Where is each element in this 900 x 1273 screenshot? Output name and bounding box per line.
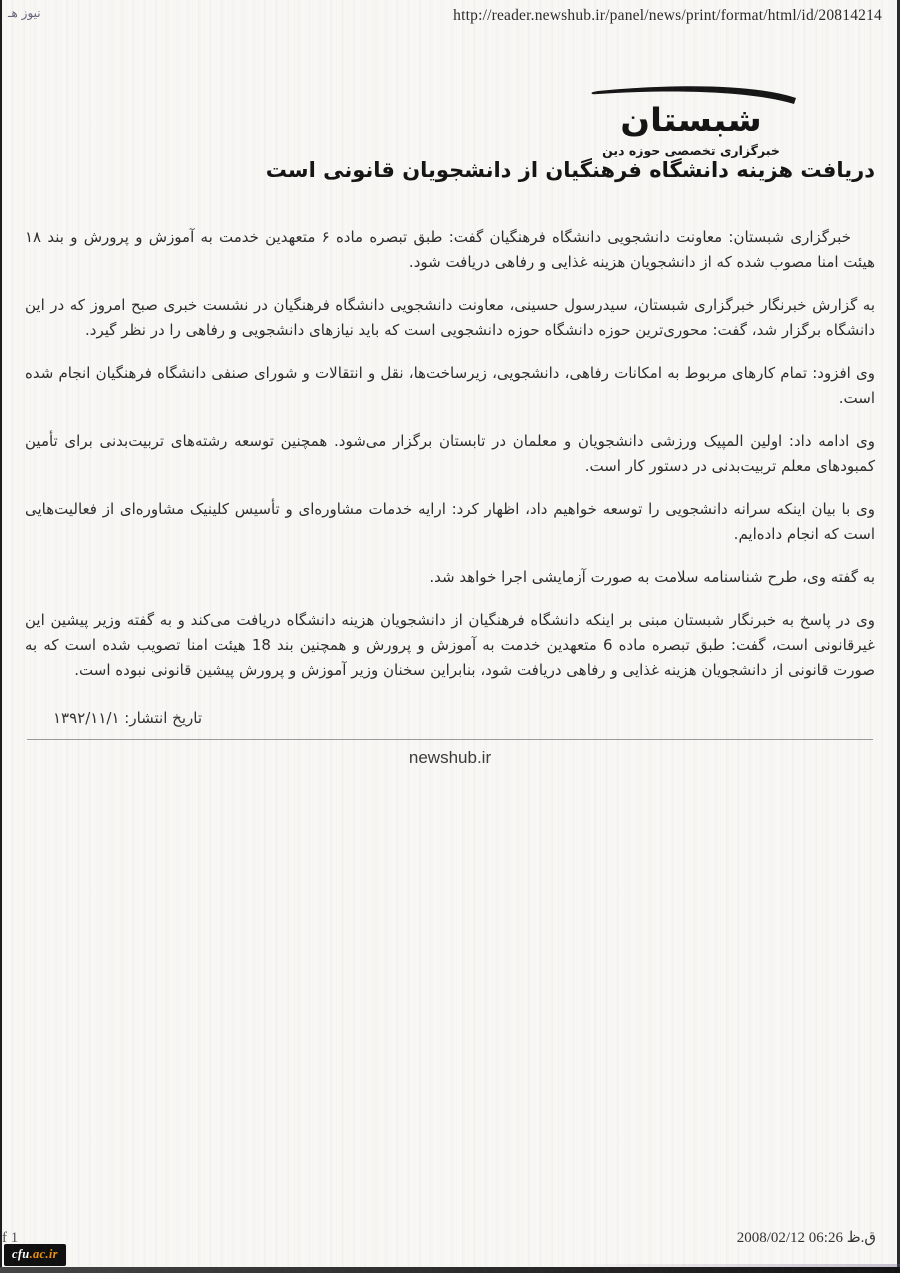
cfu-watermark-badge: cfu.ac.ir — [4, 1244, 66, 1266]
article-paragraph: به گزارش خبرنگار خبرگزاری شبستان، سیدرسو… — [25, 293, 875, 343]
article-paragraph: وی با بیان اینکه سرانه دانشجویی را توسعه… — [25, 497, 875, 547]
scan-smudge — [570, 1264, 900, 1267]
print-footer-timestamp: 2008/02/12 06:26 ق.ظ — [737, 1228, 876, 1247]
article-body: دریافت هزینه دانشگاه فرهنگیان از دانشجوی… — [25, 156, 875, 768]
shabestan-logo-wordmark: شبستان — [582, 82, 800, 140]
print-header-url: http://reader.newshub.ir/panel/news/prin… — [453, 7, 882, 25]
article-paragraph: وی ادامه داد: اولین المپیک ورزشی دانشجوی… — [25, 429, 875, 479]
article-paragraph: به گفته وی، طرح شناسنامه سلامت به صورت آ… — [25, 565, 875, 590]
article-paragraph: وی افزود: تمام کارهای مربوط به امکانات ر… — [25, 361, 875, 411]
watermark-suffix: .ac.ir — [30, 1247, 58, 1261]
source-site-label: newshub.ir — [25, 748, 875, 768]
article-paragraph: وی در پاسخ به خبرنگار شبستان مبنی بر این… — [25, 608, 875, 683]
print-header-site-title: نیوز هـ — [8, 6, 41, 20]
article-title: دریافت هزینه دانشگاه فرهنگیان از دانشجوی… — [25, 156, 875, 185]
publish-date: تاریخ انتشار: ۱۳۹۲/۱۱/۱ — [25, 709, 875, 727]
watermark-prefix: cfu — [12, 1247, 30, 1261]
shabestan-logo: شبستان خبرگزاری تخصصی حوزه دین — [582, 82, 800, 158]
scan-edge-left-bar — [0, 0, 2, 1273]
logo-brand-text: شبستان — [582, 103, 800, 138]
scanned-print-page: نیوز هـ http://reader.newshub.ir/panel/n… — [0, 0, 900, 1273]
footer-divider — [27, 739, 873, 740]
scan-edge-bottom-bar — [0, 1267, 900, 1273]
article-paragraph: خبرگزاری شبستان: معاونت دانشجویی دانشگاه… — [25, 225, 875, 275]
